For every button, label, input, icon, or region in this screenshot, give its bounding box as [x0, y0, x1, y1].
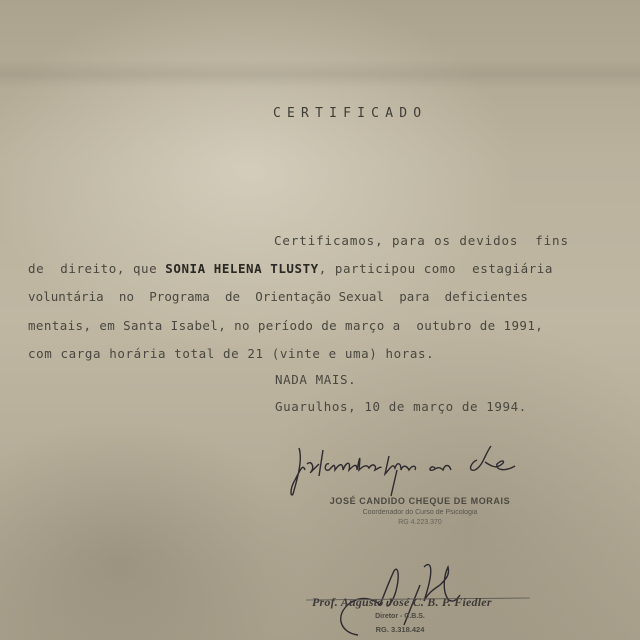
certificate-title: CERTIFICADO: [273, 106, 427, 121]
paper-fold-shadow: [0, 60, 640, 88]
signature-2-name: Prof. Augusto José C. B. P. Fiedler: [312, 595, 542, 610]
signature-2-role: Diretor - C.B.S.: [350, 613, 450, 620]
body-line-1: Certificamos, para os devidos fins: [274, 235, 569, 248]
signature-1-handwriting: [285, 440, 555, 500]
signature-2-registration: RG. 3.318.424: [350, 625, 450, 634]
body-line-3: voluntária no Programa de Orientação Sex…: [28, 291, 528, 304]
signature-1-name: JOSÉ CANDIDO CHEQUE DE MORAIS: [325, 496, 515, 506]
place-date: Guarulhos, 10 de março de 1994.: [275, 401, 527, 414]
body-line-5: com carga horária total de 21 (vinte e u…: [28, 348, 434, 361]
signature-1-registration: RG 4.223.370: [325, 519, 515, 526]
body-line-2-end: , participou como estagiária: [319, 261, 553, 276]
signature-1-role: Coordenador do Curso de Psicologia: [325, 509, 515, 516]
body-line-2: de direito, que SONIA HELENA TLUSTY, par…: [28, 263, 553, 276]
body-line-2-start: de direito, que: [28, 261, 157, 276]
recipient-name: SONIA HELENA TLUSTY: [165, 261, 318, 276]
body-line-4: mentais, em Santa Isabel, no período de …: [28, 320, 543, 333]
closing-text: NADA MAIS.: [275, 374, 356, 387]
